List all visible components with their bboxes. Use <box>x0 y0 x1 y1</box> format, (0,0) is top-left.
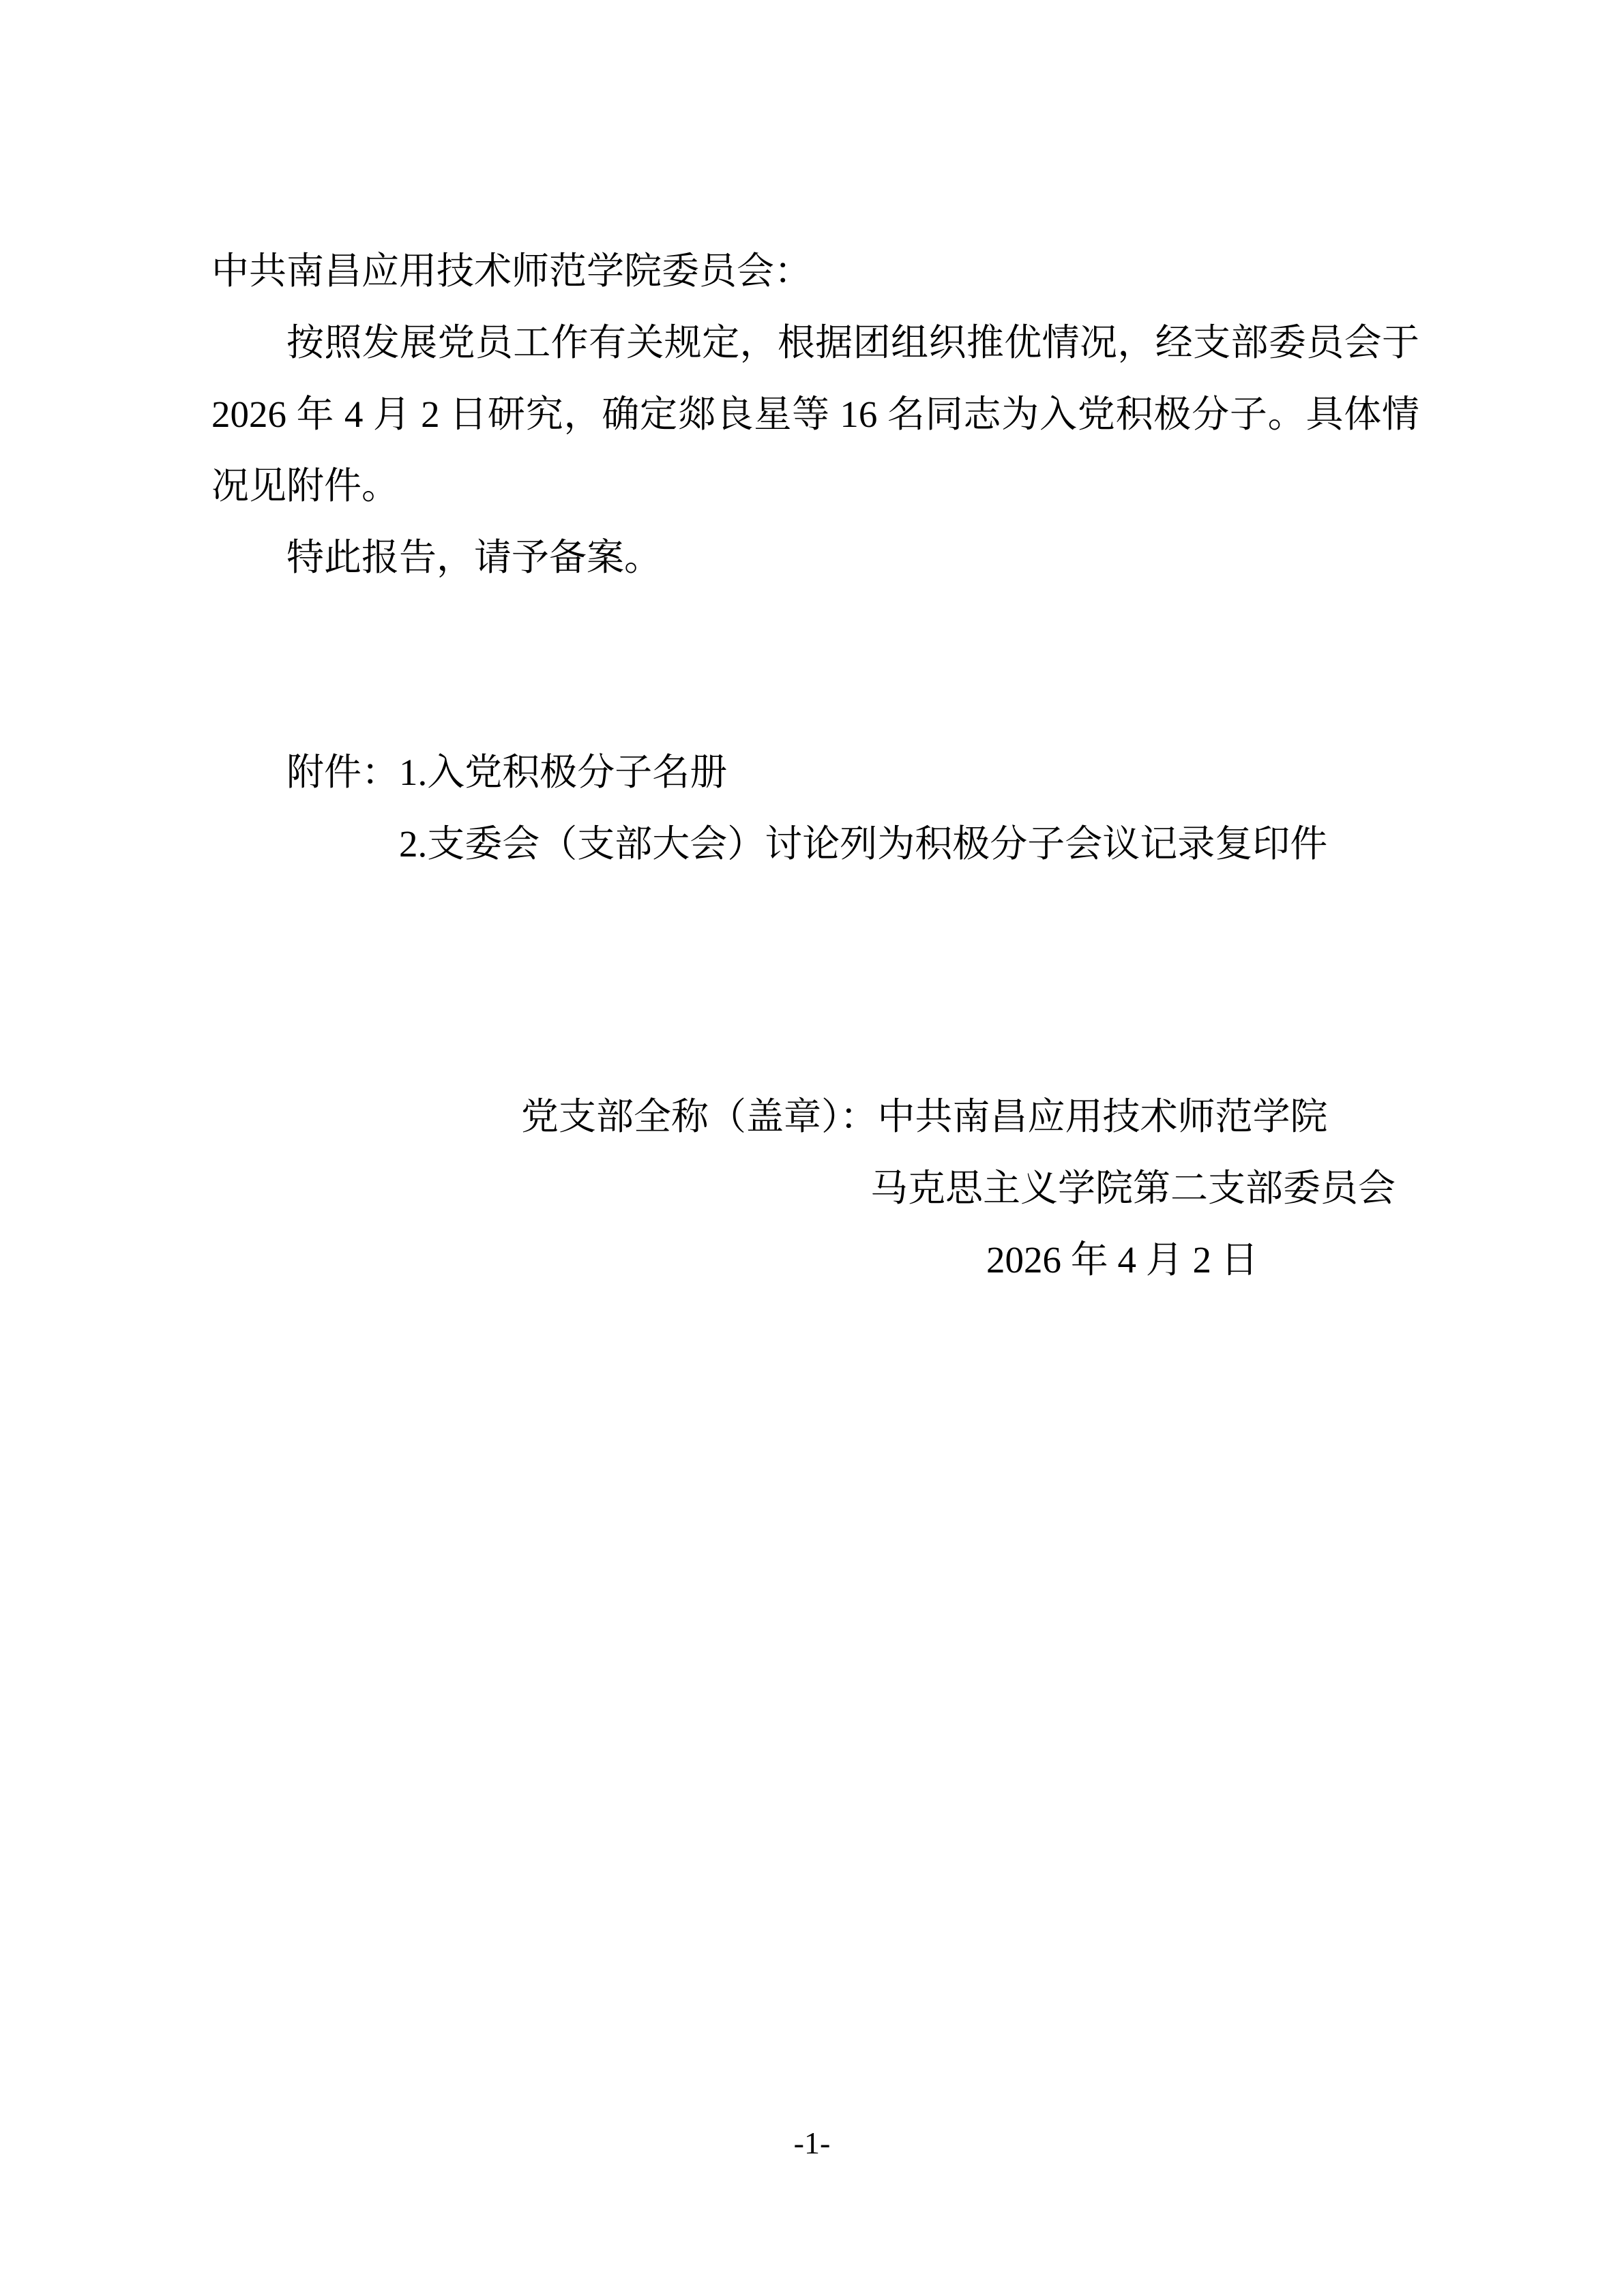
attachments-block: 附件：1.入党积极分子名册 2.支委会（支部大会）讨论列为积极分子会议记录复印件 <box>211 736 1419 880</box>
report-closing-line: 特此报告，请予备案。 <box>211 522 1419 593</box>
attachment-item-2: 2.支委会（支部大会）讨论列为积极分子会议记录复印件 <box>286 808 1419 880</box>
signature-date: 2026 年 4 月 2 日 <box>211 1224 1419 1296</box>
page-number: -1- <box>0 2126 1624 2160</box>
signature-org-line-1: 党支部全称（盖章）：中共南昌应用技术师范学院 <box>211 1081 1419 1152</box>
body-paragraph: 按照发展党员工作有关规定，根据团组织推优情况，经支部委员会于 2026 年 4 … <box>211 307 1419 522</box>
attachment-item-1: 附件：1.入党积极分子名册 <box>286 736 1419 808</box>
document-page: 中共南昌应用技术师范学院委员会： 按照发展党员工作有关规定，根据团组织推优情况，… <box>0 0 1624 2296</box>
signature-block: 党支部全称（盖章）：中共南昌应用技术师范学院 马克思主义学院第二支部委员会 20… <box>211 1081 1419 1296</box>
signature-org-line-2: 马克思主义学院第二支部委员会 <box>211 1152 1419 1224</box>
attachments-label: 附件： <box>286 751 399 793</box>
vertical-spacer <box>211 880 1419 1081</box>
document-content: 中共南昌应用技术师范学院委员会： 按照发展党员工作有关规定，根据团组织推优情况，… <box>211 235 1419 1296</box>
salutation-line: 中共南昌应用技术师范学院委员会： <box>211 235 1419 307</box>
vertical-spacer <box>211 593 1419 736</box>
attachment-item-1-text: 1.入党积极分子名册 <box>399 751 727 793</box>
